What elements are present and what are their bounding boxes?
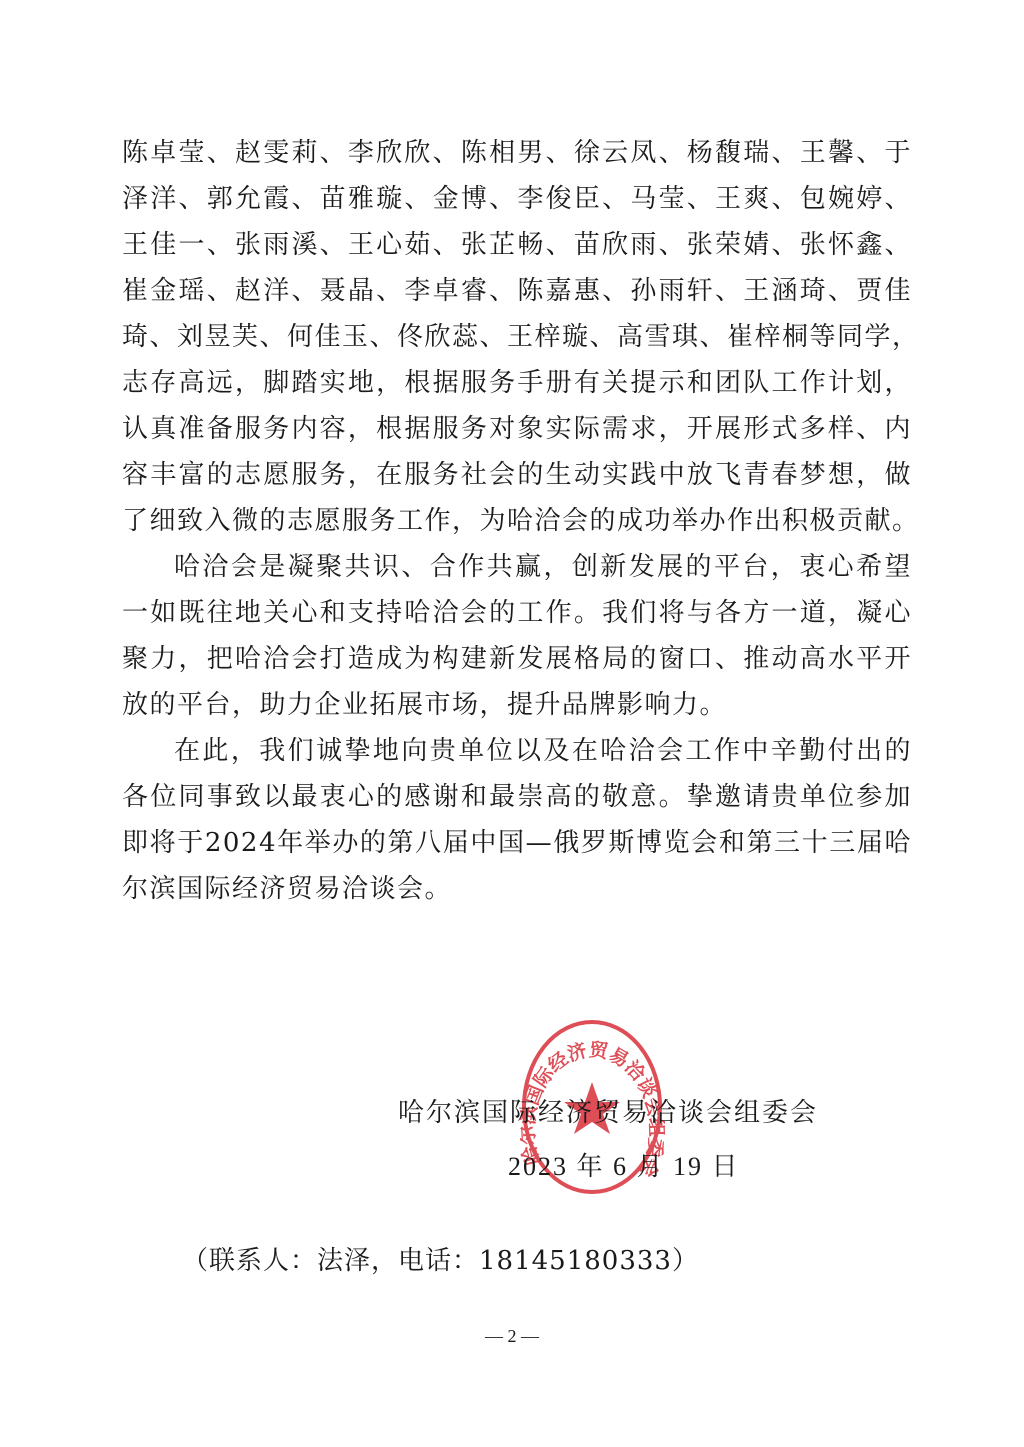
- text-line: 容丰富的志愿服务，在服务社会的生动实践中放飞青春梦想，做: [122, 452, 912, 498]
- text-line: 琦、刘昱芙、何佳玉、佟欣蕊、王梓璇、高雪琪、崔梓桐等同学，: [122, 314, 912, 360]
- text-line: 了细致入微的志愿服务工作，为哈洽会的成功举办作出积极贡献。: [122, 498, 912, 544]
- text-line: 即将于2024年举办的第八届中国—俄罗斯博览会和第三十三届哈: [122, 820, 912, 866]
- text-line: 放的平台，助力企业拓展市场，提升品牌影响力。: [122, 682, 912, 728]
- text-line: 一如既往地关心和支持哈洽会的工作。我们将与各方一道，凝心: [122, 590, 912, 636]
- letter-body: 陈卓莹、赵雯莉、李欣欣、陈相男、徐云凤、杨馥瑞、王馨、于 泽洋、郭允霞、苗雅璇、…: [122, 130, 912, 912]
- paragraph-platform: 哈洽会是凝聚共识、合作共赢，创新发展的平台，衷心希望 一如既往地关心和支持哈洽会…: [122, 544, 912, 728]
- text-line: 哈洽会是凝聚共识、合作共赢，创新发展的平台，衷心希望: [122, 544, 912, 590]
- text-line: 泽洋、郭允霞、苗雅璇、金博、李俊臣、马莹、王爽、包婉婷、: [122, 176, 912, 222]
- text-line: 各位同事致以最衷心的感谢和最崇高的敬意。挚邀请贵单位参加: [122, 774, 912, 820]
- paragraph-thanks: 在此，我们诚挚地向贵单位以及在哈洽会工作中辛勤付出的 各位同事致以最衷心的感谢和…: [122, 728, 912, 912]
- text-line: 志存高远，脚踏实地，根据服务手册有关提示和团队工作计划，: [122, 360, 912, 406]
- text-line: 王佳一、张雨溪、王心茹、张芷畅、苗欣雨、张荣婧、张怀鑫、: [122, 222, 912, 268]
- text-line: 认真准备服务内容，根据服务对象实际需求，开展形式多样、内: [122, 406, 912, 452]
- page-number: — 2 —: [0, 1326, 1024, 1347]
- text-line: 崔金瑶、赵洋、聂晶、李卓睿、陈嘉惠、孙雨轩、王涵琦、贾佳: [122, 268, 912, 314]
- document-page: 陈卓莹、赵雯莉、李欣欣、陈相男、徐云凤、杨馥瑞、王馨、于 泽洋、郭允霞、苗雅璇、…: [0, 0, 1024, 1447]
- text-line: 在此，我们诚挚地向贵单位以及在哈洽会工作中辛勤付出的: [122, 728, 912, 774]
- signature-date: 2023 年 6 月 19 日: [508, 1146, 740, 1183]
- text-line: 陈卓莹、赵雯莉、李欣欣、陈相男、徐云凤、杨馥瑞、王馨、于: [122, 130, 912, 176]
- contact-info: （联系人：法泽，电话：18145180333）: [182, 1240, 699, 1277]
- text-line: 尔滨国际经济贸易洽谈会。: [122, 866, 912, 912]
- text-line: 聚力，把哈洽会打造成为构建新发展格局的窗口、推动高水平开: [122, 636, 912, 682]
- signature-organization: 哈尔滨国际经济贸易洽谈会组委会: [398, 1092, 818, 1129]
- paragraph-volunteers: 陈卓莹、赵雯莉、李欣欣、陈相男、徐云凤、杨馥瑞、王馨、于 泽洋、郭允霞、苗雅璇、…: [122, 130, 912, 544]
